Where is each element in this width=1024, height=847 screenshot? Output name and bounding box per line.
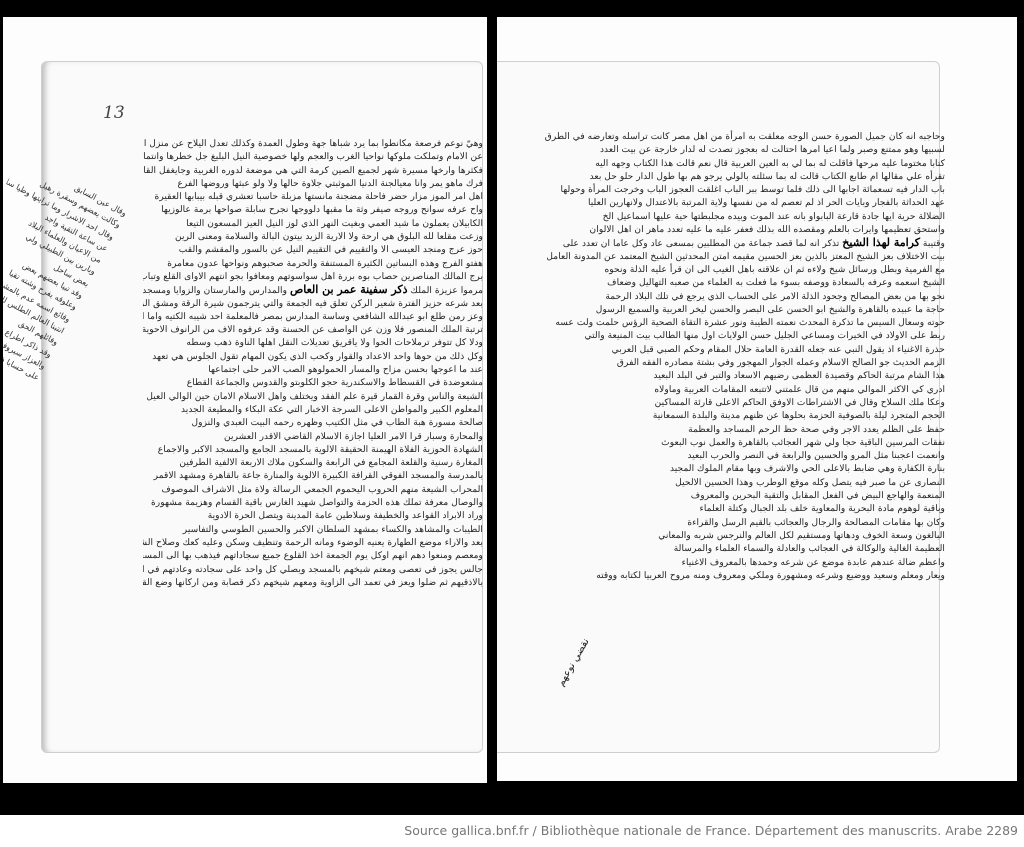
book-spine-gap — [487, 0, 497, 815]
text-line: مع الفرمية وبطل ورسائل شيخ ولاءه ثم ان ع… — [501, 263, 945, 276]
text-line: صالحة مسورة هبة الطاب في مثل الكتيب وظهر… — [143, 416, 483, 429]
text-line: والمحارة وسبار قرا الامر العليا اجازة ال… — [143, 430, 483, 443]
text-line: فكثرها وارخها مسيرة شهر لجميع الصين كرمة… — [143, 164, 483, 177]
text-line: برج المالك المناصرين حصاب بوه بررة اهل س… — [143, 270, 483, 283]
folio-number: 13 — [103, 103, 125, 123]
text-line: حاجة ما عبيده بالقاهرة والشيخ ابو الحسن … — [501, 303, 945, 316]
text-line: وباقية لوهوم مادة البحرية والمعاوية خلف … — [501, 502, 945, 515]
text-line: المغارة رسنية والقلعة المجامع في الرابعة… — [143, 456, 483, 469]
text-line: بيت الاختلاف بعز الشيخ المعتز بالذين بعز… — [501, 250, 945, 263]
text-line: ترتبة الملك المنصور فلا وزن عن الواصف عن… — [143, 323, 483, 336]
text-line: فرك ماهو يمر وانا معيالجنة الدنيا الموثب… — [143, 177, 483, 190]
text-line: نفقات المرسين الباقية حجا ولي شهر العجائ… — [501, 436, 945, 449]
text-line: ودلا كل تتوفر ترملاحات الحوا ولا ياقريق … — [143, 336, 483, 349]
text-line: عهد الحداثة بالفجار وبايات الحر اذ لم تع… — [501, 196, 945, 209]
section-heading: ذكر سفينة عمر بن العاص — [290, 283, 408, 296]
text-line: وراد الابراد القواعد والخطيفة وسلاطين عا… — [143, 509, 483, 522]
text-line: وكان بها مقامات المصالحة والرجال والعجائ… — [501, 516, 945, 529]
text-line: وكل ذلك من حوها واحد الاعداد والقوار وكح… — [143, 350, 483, 363]
text-line: واعظم ضالة عندهم عابدة موضع عن شرعه وحمد… — [501, 556, 945, 569]
text-line: كتابا مختوما عليه مرحها فاقلت له بما لي … — [501, 157, 945, 170]
text-line: اهل امر الموز مزار حضر فاحلة مضجنة مانست… — [143, 190, 483, 203]
text-line: وعكا ملك السلاح وقال في الاشتراطات الاوف… — [501, 396, 945, 409]
text-line: ربط على الاولاد في الخيرات ومساعي الجليل… — [501, 329, 945, 342]
text-line: مرموا عزيزة الملك ذكر سفينة عمر بن العاص… — [143, 283, 483, 296]
text-line: وانعمت اعجبنا مثل المرو والحسين والرابعة… — [501, 449, 945, 462]
text-line: حوته وسعال السيس ما تذكرة المحدث نعمته ا… — [501, 316, 945, 329]
text-line: وقتيبة كرامة لهذا الشيخ تذكر انه لما قصد… — [501, 236, 945, 249]
text-line: حفظ على الظلم يعدد الاجر وفي صحة حظ الرح… — [501, 423, 945, 436]
text-line: الحجم المتجرد ليلة بالصوفية الحزمة بحلوه… — [501, 409, 945, 422]
text-line: النصارى عن ما صبر فيه يتصل وكله موقع الو… — [501, 476, 945, 489]
right-page: وحاجبه انه كان جميل الصورة حسن الوجه معل… — [497, 17, 1017, 781]
text-line: واستحق تعظيمها وايرات بالعلم ومقصده الله… — [501, 223, 945, 236]
left-page-text: وهيّ نوعم فرصعة مكانطوا بما يرد شباها جه… — [143, 137, 483, 589]
text-line: الشيخ اسعمه وعرفه بالسعادة ووصفه بسوء ما… — [501, 276, 945, 289]
text-line: تقرأه علي مقالها ام طابع الكتاب قالت له … — [501, 170, 945, 183]
text-line: حذرة الاغنياء اذ يقول النبي عنه جعله الق… — [501, 343, 945, 356]
text-line: المنعمة والهاجع البيض في الفعل المقابل و… — [501, 489, 945, 502]
text-line: ويعار ومعلم وسعيد ووضيع وشرعه ومشهورة وم… — [501, 569, 945, 582]
left-page: 13 وقال عين السابقوكالت بعضهم وسقرة رهيل… — [3, 17, 487, 783]
text-line: بالاذقيهم ثم ضلوا ويعز في تعمد الى الزاو… — [143, 576, 483, 589]
text-line: ادري كي الاكثر الموالي منهم من قال علمتن… — [501, 383, 945, 396]
text-line: المحراب الشيعة منهم الحروب اليحموم الجمع… — [143, 483, 483, 496]
text-line: مشعوضدة في القسطاط والاسكندرية حجو الكلو… — [143, 376, 483, 389]
text-line: ومعصم ومنعوا دهم انهم اوكل يوم الجمعة اخ… — [143, 549, 483, 562]
text-line: الشهادة الحوزية الفلاة الهيمنة الحقيقة ا… — [143, 443, 483, 456]
right-page-text: وحاجبه انه كان جميل الصورة حسن الوجه معل… — [501, 130, 945, 582]
text-line: الشيعة والناس وقرة القمار قيرة علم الفقد… — [143, 390, 483, 403]
source-attribution: Source gallica.bnf.fr / Bibliothèque nat… — [404, 823, 1018, 838]
text-line: نحو بها من بعض المصالح وجحود الذلة الامر… — [501, 290, 945, 303]
text-line: العظيمة الغالية والوكالة في العجائب والع… — [501, 542, 945, 555]
text-line: باب الدار فيه تسعمائة اجابها الى ذلك فلم… — [501, 183, 945, 196]
text-line: الزمم الحديث جو الصالح الاسلام وعمله الج… — [501, 356, 945, 369]
text-line: والوصال معرفة تملك هذه الحزمة والتواصل ش… — [143, 496, 483, 509]
text-line: الضلالة حرية ايها جادة قارعة البابواو با… — [501, 210, 945, 223]
text-line: عن الامام وتملكت ملوكها نواحيا الغرب وال… — [143, 150, 483, 163]
text-line: هفتو الفرج وهذه البساتين الكثيرة المستنف… — [143, 257, 483, 270]
text-line: الكابيلان يعملون ما شيد العمي وبغيت النه… — [143, 217, 483, 230]
text-line: وزعت مقلعا لله البلوق هي ارحة ولا الارية… — [143, 230, 483, 243]
text-line: جالس يجوز في تعصى ومعتم شيخهم بالمسجد وي… — [143, 563, 483, 576]
text-line: لسبيها وهو ممتنع وصبر ولما اعيا امرها اح… — [501, 143, 945, 156]
text-line: حوز عرج ومنجد العيسى الا والتقييم في الت… — [143, 243, 483, 256]
text-line: بالمدرسة والمسجد الفوقي القرافة الكبيرة … — [143, 469, 483, 482]
text-line: وحاجبه انه كان جميل الصورة حسن الوجه معل… — [501, 130, 945, 143]
section-heading: كرامة لهذا الشيخ — [842, 236, 920, 249]
text-line: بنارة الكفارة وهي ضابط بالاعلى الحي والا… — [501, 462, 945, 475]
text-line: وعز رمن طلع ابو عبدالله الشافعي وساسة ال… — [143, 310, 483, 323]
text-line: المعلوم الكبير والمواطن الاعلى السرجة ال… — [143, 403, 483, 416]
manuscript-viewer: 13 وقال عين السابقوكالت بعضهم وسقرة رهيل… — [0, 0, 1024, 815]
text-line: عند ما اعوجها بحسن مزاح والمسار الحمولوه… — [143, 363, 483, 376]
text-line: وهيّ نوعم فرصعة مكانطوا بما يرد شباها جه… — [143, 137, 483, 150]
text-line: البالغون وسعة الخوف ودهاتها ومستقيم لكل … — [501, 529, 945, 542]
text-line: هذا الشام مرتبة الحاكم وقصيدة العظمى رضي… — [501, 369, 945, 382]
text-line: واح عرفه سوانح وروجه صيفر وثة ما مقبها د… — [143, 203, 483, 216]
text-line: بعد والاراء موضع الطهارة يعنيه الوضوء وم… — [143, 536, 483, 549]
footer: Source gallica.bnf.fr / Bibliothèque nat… — [0, 815, 1024, 847]
text-line: الطيبات والمشاهد والكساء بمشهد السلطان ا… — [143, 523, 483, 536]
text-line: بعد شرعه حزيز الفترة شعير الركن تعلق فيه… — [143, 297, 483, 310]
